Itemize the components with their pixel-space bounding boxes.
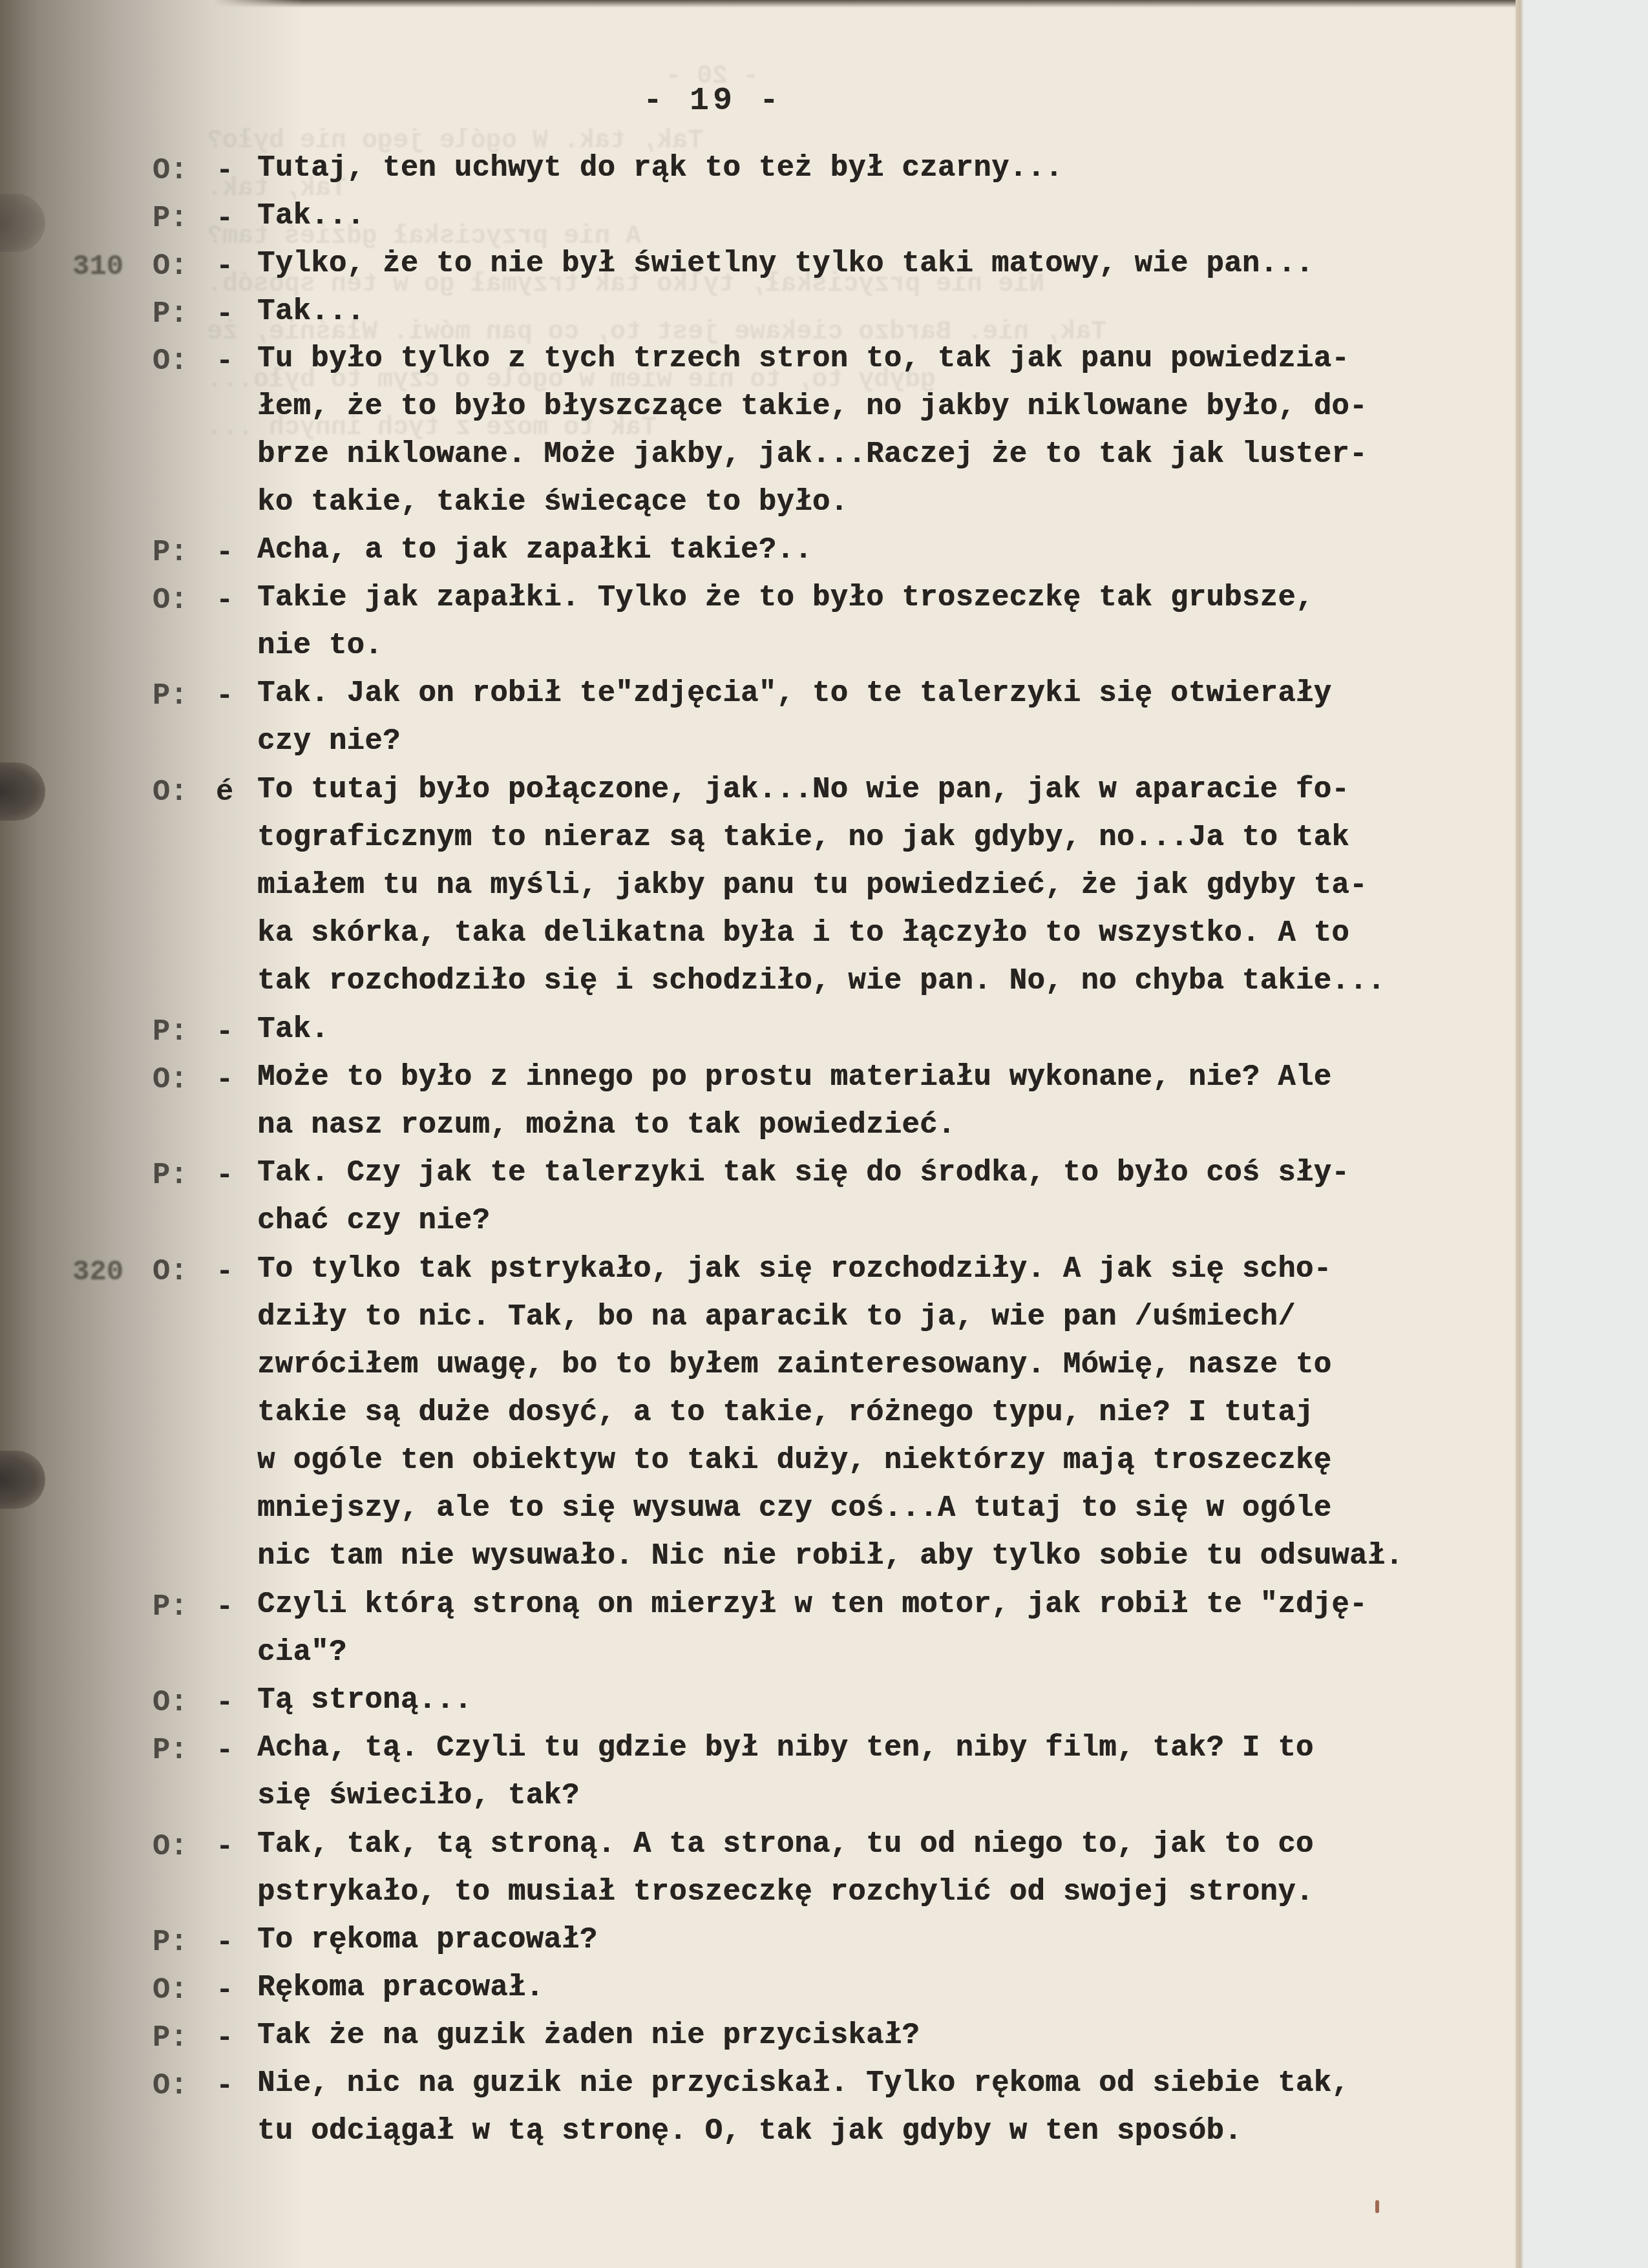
transcript-continuation: cia"? — [257, 1638, 347, 1668]
transcript-utterance: Czyli którą stroną on mierzył w ten moto… — [257, 1590, 1368, 1620]
speaker-label: P: — [153, 1159, 188, 1192]
transcript-utterance: Tą stroną... — [257, 1686, 472, 1716]
speaker-label: O: — [153, 1255, 188, 1288]
ink-speck — [1375, 2200, 1379, 2213]
transcript-utterance: Może to było z innego po prostu materiał… — [257, 1063, 1331, 1093]
transcript-continuation: pstrykało, to musiał troszeczkę rozchyli… — [257, 1878, 1314, 1907]
speaker-label: P: — [153, 1015, 188, 1049]
transcript-continuation: się świeciło, tak? — [257, 1781, 580, 1811]
dialogue-dash: - — [216, 1590, 233, 1624]
transcript-continuation: tak rozchodziło się i schodziło, wie pan… — [257, 967, 1385, 996]
transcript-utterance: Tak. — [257, 1015, 329, 1045]
dialogue-dash: - — [216, 679, 233, 713]
transcript-continuation: chać czy nie? — [257, 1206, 490, 1236]
transcript-utterance: Rękoma pracował. — [257, 1973, 544, 2003]
transcript-utterance: Tu było tylko z tych trzech stron to, ta… — [257, 344, 1349, 374]
transcript-continuation: ko takie, takie świecące to było. — [257, 488, 848, 518]
speaker-label: P: — [153, 1734, 188, 1767]
transcript-continuation: w ogóle ten obiektyw to taki duży, niekt… — [257, 1446, 1331, 1476]
transcript-utterance: Tak... — [257, 202, 364, 231]
document-page: - 20 -Tak, tak. W ogóle jego nie było?Ta… — [0, 0, 1519, 2268]
transcript-continuation: tograficznym to nieraz są takie, no jak … — [257, 823, 1349, 853]
speaker-label: O: — [153, 1830, 188, 1864]
speaker-label: P: — [153, 1590, 188, 1624]
speaker-label: O: — [153, 249, 188, 283]
dialogue-dash: - — [216, 202, 233, 235]
transcript-continuation: nic tam nie wysuwało. Nic nie robił, aby… — [257, 1542, 1403, 1571]
transcript-utterance: Tak że na guzik żaden nie przyciskał? — [257, 2021, 920, 2051]
transcript-utterance: Tutaj, ten uchwyt do rąk to też był czar… — [257, 154, 1063, 184]
dialogue-dash: - — [216, 1830, 233, 1864]
line-number-margin: 320 — [72, 1256, 123, 1288]
dialogue-dash: - — [216, 1973, 233, 2007]
speaker-label: O: — [153, 2069, 188, 2103]
speaker-label: O: — [153, 1063, 188, 1097]
speaker-label: O: — [153, 154, 188, 187]
dialogue-dash: - — [216, 536, 233, 569]
dialogue-dash: - — [216, 249, 233, 283]
transcript-utterance: Tak... — [257, 297, 364, 327]
dialogue-dash: é — [216, 775, 233, 809]
transcript-utterance: To rękoma pracował? — [257, 1926, 597, 1955]
speaker-label: O: — [153, 775, 188, 809]
transcript-continuation: brze niklowane. Może jakby, jak...Raczej… — [257, 440, 1368, 470]
transcript-utterance: Tak. Czy jak te talerzyki tak się do śro… — [257, 1159, 1349, 1188]
speaker-label: O: — [153, 344, 188, 378]
dialogue-dash: - — [216, 2021, 233, 2055]
transcript-utterance: Takie jak zapałki. Tylko że to było tros… — [257, 583, 1314, 613]
page-number: - 19 - — [643, 83, 783, 120]
speaker-label: P: — [153, 536, 188, 569]
speaker-label: O: — [153, 583, 188, 617]
transcript-continuation: tu odciągał w tą stronę. O, tak jak gdyb… — [257, 2117, 1242, 2147]
dialogue-dash: - — [216, 1255, 233, 1288]
dialogue-dash: - — [216, 1063, 233, 1097]
transcript-utterance: Acha, tą. Czyli tu gdzie był niby ten, n… — [257, 1734, 1314, 1763]
transcript-utterance: Tylko, że to nie był świetlny tylko taki… — [257, 249, 1314, 279]
dialogue-dash: - — [216, 344, 233, 378]
speaker-label: P: — [153, 297, 188, 331]
transcript-continuation: miałem tu na myśli, jakby panu tu powied… — [257, 871, 1368, 901]
dialogue-dash: - — [216, 297, 233, 331]
transcript-utterance: To tutaj było połączone, jak...No wie pa… — [257, 775, 1349, 805]
speaker-label: P: — [153, 679, 188, 713]
dialogue-dash: - — [216, 1686, 233, 1719]
line-number-margin: 310 — [72, 251, 123, 283]
transcript-continuation: mniejszy, ale to się wysuwa czy coś...A … — [257, 1494, 1331, 1524]
transcript-utterance: To tylko tak pstrykało, jak się rozchodz… — [257, 1255, 1331, 1285]
transcript-continuation: czy nie? — [257, 727, 401, 757]
speaker-label: P: — [153, 1926, 188, 1959]
speaker-label: O: — [153, 1686, 188, 1719]
dialogue-dash: - — [216, 583, 233, 617]
speaker-label: P: — [153, 2021, 188, 2055]
transcript-continuation: dziły to nic. Tak, bo na aparacik to ja,… — [257, 1303, 1296, 1332]
speaker-label: O: — [153, 1973, 188, 2007]
transcript-utterance: Nie, nic na guzik nie przyciskał. Tylko … — [257, 2069, 1349, 2099]
dialogue-dash: - — [216, 154, 233, 187]
speaker-label: P: — [153, 202, 188, 235]
transcript-continuation: łem, że to było błyszczące takie, no jak… — [257, 392, 1368, 422]
page-edge — [1516, 0, 1523, 2268]
transcript-continuation: zwróciłem uwagę, bo to byłem zainteresow… — [257, 1350, 1331, 1380]
dialogue-dash: - — [216, 1015, 233, 1049]
transcript-continuation: na nasz rozum, można to tak powiedzieć. — [257, 1111, 955, 1140]
transcript-continuation: takie są duże dosyć, a to takie, różnego… — [257, 1398, 1314, 1428]
dialogue-dash: - — [216, 1159, 233, 1192]
transcript-continuation: ka skórka, taka delikatna była i to łącz… — [257, 919, 1349, 949]
transcript-utterance: Acha, a to jak zapałki takie?.. — [257, 536, 812, 565]
dialogue-dash: - — [216, 1734, 233, 1767]
dialogue-dash: - — [216, 1926, 233, 1959]
transcript-utterance: Tak, tak, tą stroną. A ta strona, tu od … — [257, 1830, 1314, 1860]
transcript-utterance: Tak. Jak on robił te"zdjęcia", to te tal… — [257, 679, 1331, 709]
dialogue-dash: - — [216, 2069, 233, 2103]
transcript-continuation: nie to. — [257, 631, 383, 661]
